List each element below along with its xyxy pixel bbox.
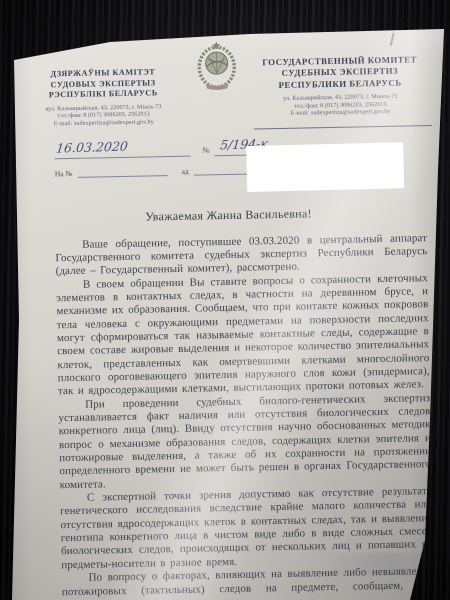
salutation: Уважаемая Жанна Васильевна! (21, 204, 435, 227)
paragraph-3: При проведении судебных биолого-генетиче… (58, 392, 432, 493)
number-sign-label: № (202, 145, 209, 154)
org-address-by: вул. Кальварыйская, 43, 220073, г. Мінск… (19, 104, 187, 130)
letterhead-divider (254, 125, 432, 129)
reply-prefix-label: На № (55, 169, 73, 178)
paragraph-2: В своем обращении Вы ставите вопросы о с… (56, 272, 430, 399)
date-field: 16.03.2020 (54, 136, 190, 159)
document-paper: ДЗЯРЖАЎНЫ КАМІТЭТ СУДОВЫХ ЭКСПЕРТЫЗ РЭСП… (0, 0, 450, 600)
belarus-coat-of-arms-icon (193, 40, 240, 91)
paragraph-4: С экспертной точки зрения допустимо как … (60, 485, 433, 572)
letterhead: ДЗЯРЖАЎНЫ КАМІТЭТ СУДОВЫХ ЭКСПЕРТЫЗ РЭСП… (18, 36, 434, 129)
reply-number-blank (78, 175, 168, 178)
handwritten-date: 16.03.2020 (55, 138, 128, 155)
letterhead-belarusian-block: ДЗЯРЖАЎНЫ КАМІТЭТ СУДОВЫХ ЭКСПЕРТЫЗ РЭСП… (19, 67, 188, 130)
org-title-by: ДЗЯРЖАЎНЫ КАМІТЭТ СУДОВЫХ ЭКСПЕРТЫЗ РЭСП… (19, 67, 188, 102)
org-address-ru: ул. Кальварийская, 43, 220073, г. Минск-… (247, 93, 433, 119)
letterhead-russian-block: ГОСУДАРСТВЕННЫЙ КОМИТЕТ СУДЕБНЫХ ЭКСПЕРТ… (247, 54, 434, 120)
letter-body: Ваше обращение, поступившее 03.03.2020 в… (55, 232, 434, 599)
pen-dash-mark (28, 51, 44, 54)
document-content: ДЗЯРЖАЎНЫ КАМІТЭТ СУДОВЫХ ЭКСПЕРТЫЗ РЭСП… (18, 24, 443, 600)
org-title-ru: ГОСУДАРСТВЕННЫЙ КОМИТЕТ СУДЕБНЫХ ЭКСПЕРТ… (247, 54, 434, 92)
redaction-box (246, 142, 404, 192)
reply-infix-label: ад (181, 166, 188, 175)
paragraph-5: По вопросу о факторах, влияющих на выявл… (61, 565, 433, 599)
photo-background: ДЗЯРЖАЎНЫ КАМІТЭТ СУДОВЫХ ЭКСПЕРТЫЗ РЭСП… (0, 0, 450, 600)
